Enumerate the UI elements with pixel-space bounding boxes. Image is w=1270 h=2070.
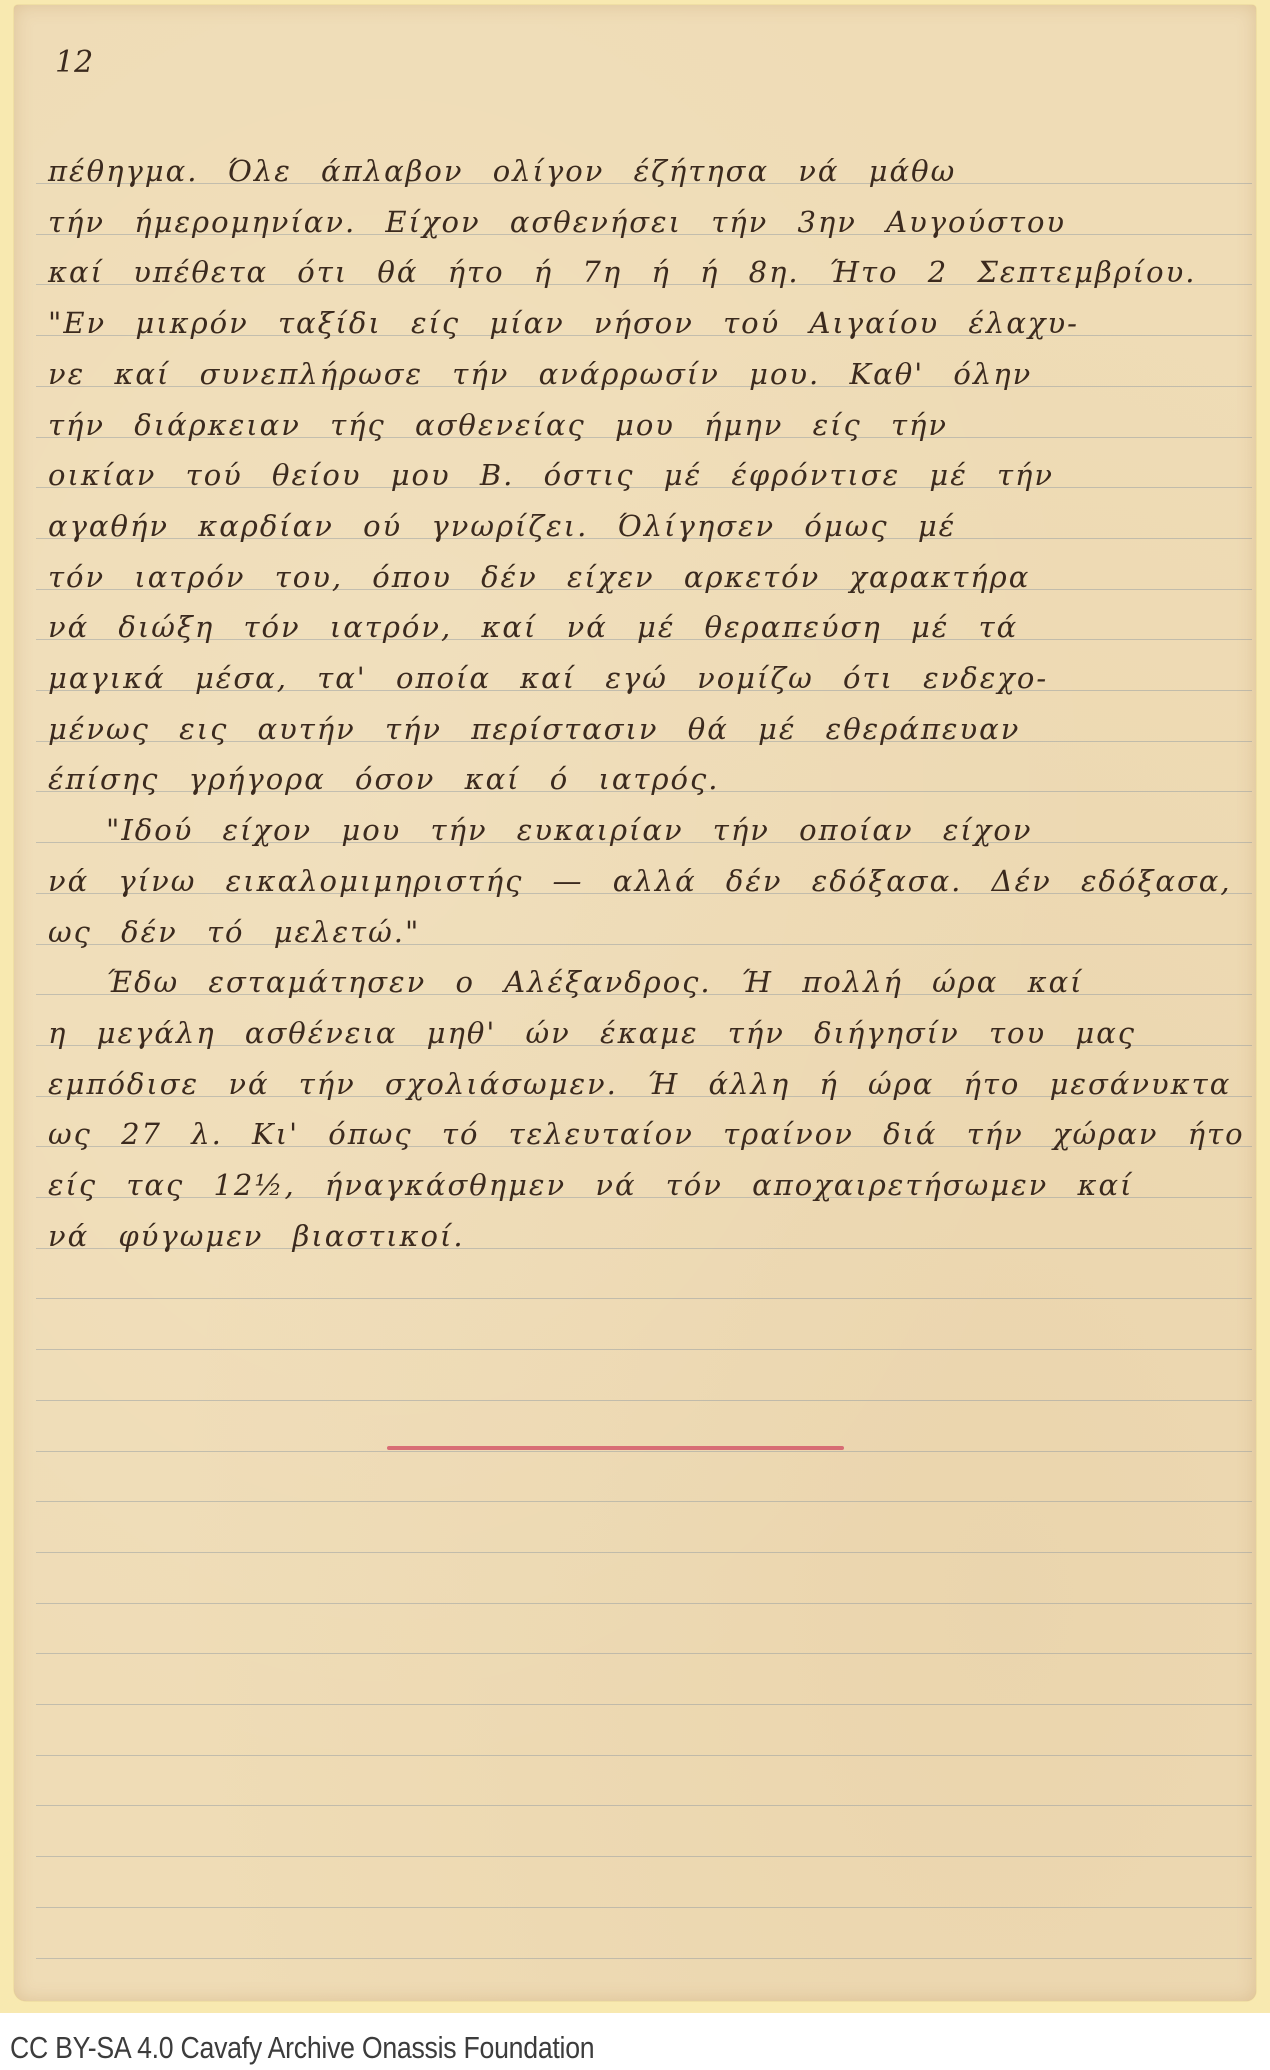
ruled-line	[36, 1349, 1252, 1350]
manuscript-page: 12 πέθηγμα. Όλε άπλαβον ολίγον έζήτησα ν…	[14, 5, 1256, 2001]
ruled-line	[36, 1400, 1252, 1401]
ruled-line	[36, 1805, 1252, 1806]
ruled-line	[36, 1653, 1252, 1654]
text-line: πέθηγμα. Όλε άπλαβον ολίγον έζήτησα νά μ…	[48, 153, 1236, 189]
ruled-line	[36, 1552, 1252, 1553]
text-line: η μεγάλη ασθένεια μηθ' ών έκαμε τήν διήγ…	[48, 1015, 1236, 1051]
text-line: αγαθήν καρδίαν ού γνωρίζει. Όλίγησεν όμω…	[48, 508, 1236, 544]
page-number: 12	[55, 45, 93, 80]
ruled-line	[36, 1298, 1252, 1299]
text-line: νε καί συνεπλήρωσε τήν ανάρρωσίν μου. Κα…	[48, 356, 1236, 392]
text-line: νά διώξη τόν ιατρόν, καί νά μέ θεραπεύση…	[48, 609, 1236, 645]
text-line: νά φύγωμεν βιαστικοί.	[48, 1218, 1236, 1254]
text-line: τόν ιατρόν του, όπου δέν είχεν αρκετόν χ…	[48, 559, 1236, 595]
text-line: τήν διάρκειαν τής ασθενείας μου ήμην είς…	[48, 407, 1236, 443]
text-line: ως 27 λ. Κι' όπως τό τελευταίον τραίνον …	[48, 1116, 1236, 1152]
ruled-line	[36, 1907, 1252, 1908]
ruled-line	[36, 1603, 1252, 1604]
text-line: μαγικά μέσα, τα' οποία καί εγώ νομίζω ότ…	[48, 660, 1236, 696]
text-line: ως δέν τό μελετώ."	[48, 914, 1236, 950]
text-line: έπίσης γρήγορα όσον καί ό ιατρός.	[48, 761, 1236, 797]
license-caption: CC BY-SA 4.0 Cavafy Archive Onassis Foun…	[10, 2030, 594, 2066]
ruled-line	[36, 1704, 1252, 1705]
ruled-line	[36, 1755, 1252, 1756]
text-line: "Εν μικρόν ταξίδι είς μίαν νήσον τού Αιγ…	[48, 305, 1236, 341]
text-line: Έδω εσταμάτησεν ο Αλέξανδρος. Ή πολλή ώρ…	[106, 964, 1236, 1000]
text-line: καί υπέθετα ότι θά ήτο ή 7η ή ή 8η. Ήτο …	[48, 254, 1236, 290]
ruled-line	[36, 1958, 1252, 1959]
text-line: μένως εις αυτήν τήν περίστασιν θά μέ εθε…	[48, 711, 1236, 747]
text-line: οικίαν τού θείου μου Β. όστις μέ έφρόντι…	[48, 457, 1236, 493]
text-line: εμπόδισε νά τήν σχολιάσωμεν. Ή άλλη ή ώρ…	[48, 1066, 1236, 1102]
ruled-line	[36, 1856, 1252, 1857]
ruled-line	[36, 1501, 1252, 1502]
text-line: τήν ήμερομηνίαν. Είχον ασθενήσει τήν 3ην…	[48, 204, 1236, 240]
text-line: νά γίνω εικαλομιμηριστής — αλλά δέν εδόξ…	[48, 863, 1236, 899]
red-divider-line	[387, 1446, 844, 1450]
text-line: είς τας 12½, ήναγκάσθημεν νά τόν αποχαιρ…	[48, 1167, 1236, 1203]
ruled-line	[36, 1451, 1252, 1452]
text-line: "Ιδού είχον μου τήν ευκαιρίαν τήν οποίαν…	[106, 812, 1236, 848]
